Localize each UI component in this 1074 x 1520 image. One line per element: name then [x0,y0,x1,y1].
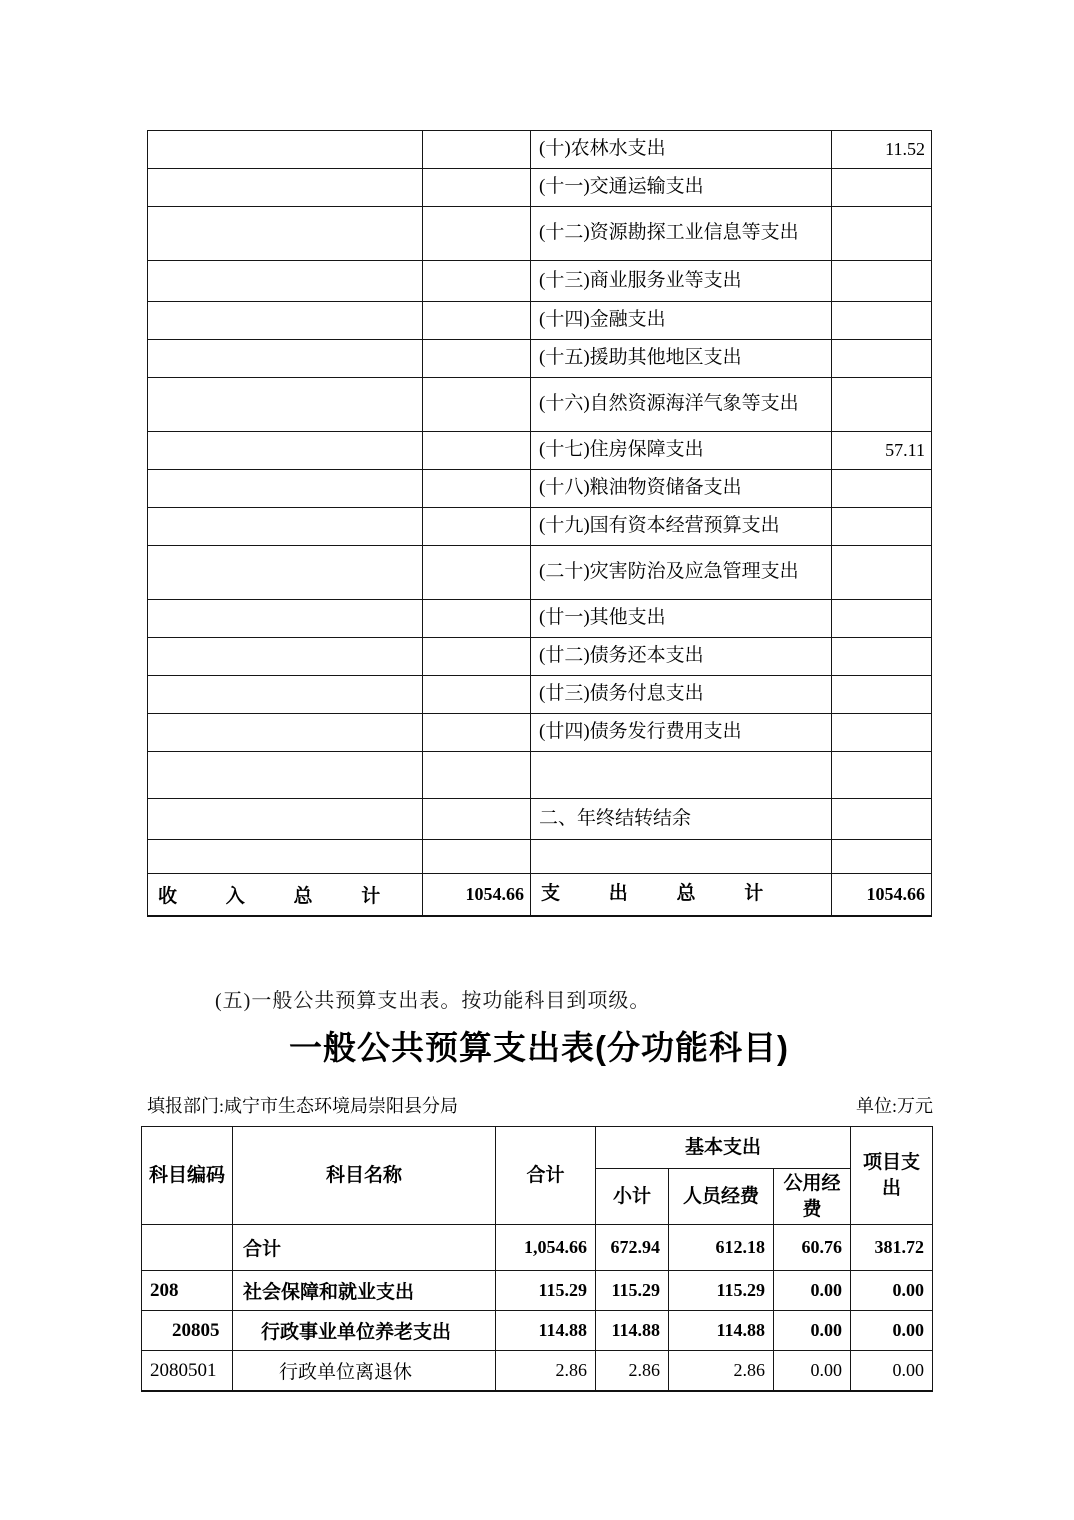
budget-row: 合计1,054.66672.94612.1860.76381.72 [142,1225,933,1271]
summary-total-row: 收 入 总 计1054.66支 出 总 计1054.66 [148,874,932,916]
cell-code: 208 [142,1271,233,1311]
cell-expense-label: (十一)交通运输支出 [531,169,832,207]
summary-table-body: (十)农林水支出11.52(十一)交通运输支出(十二)资源勘探工业信息等支出(十… [148,131,932,916]
summary-row: (廿一)其他支出 [148,600,932,638]
cell-income-value [423,508,531,546]
unit-label: 单位:万元 [856,1092,933,1118]
cell-public: 0.00 [774,1351,851,1391]
cell-expense-label: (十四)金融支出 [531,302,832,340]
cell-expense-value [832,378,932,432]
header-project-expenditure: 项目支出 [851,1127,933,1225]
cell-subtotal: 114.88 [596,1311,669,1351]
cell-expense-value [832,714,932,752]
header-public-funds: 公用经费 [774,1169,851,1225]
cell-expense-label: (十九)国有资本经营预算支出 [531,508,832,546]
reporting-department-label: 填报部门:咸宁市生态环境局崇阳县分局 [147,1092,458,1118]
cell-total: 1,054.66 [496,1225,596,1271]
header-subtotal: 小计 [596,1169,669,1225]
cell-income-value [423,714,531,752]
summary-row: (十五)援助其他地区支出 [148,340,932,378]
cell-expense-value [832,600,932,638]
cell-code: 2080501 [142,1351,233,1391]
cell-expense-label: (廿一)其他支出 [531,600,832,638]
summary-row [148,840,932,874]
cell-expense-value [832,470,932,508]
summary-row: 二、年终结转结余 [148,799,932,840]
cell-public: 0.00 [774,1271,851,1311]
cell-income-value [423,638,531,676]
cell-expense-label: (廿二)债务还本支出 [531,638,832,676]
page-title: 一般公共预算支出表(分功能科目) [147,1022,931,1069]
cell-expense-label: (十七)住房保障支出 [531,432,832,470]
cell-income-value [423,261,531,302]
summary-row: (十四)金融支出 [148,302,932,340]
cell-income-value: 1054.66 [423,874,531,916]
cell-expense-value [832,302,932,340]
table-meta-line: 填报部门:咸宁市生态环境局崇阳县分局 单位:万元 [147,1092,933,1118]
summary-row: (廿四)债务发行费用支出 [148,714,932,752]
summary-row: (廿二)债务还本支出 [148,638,932,676]
cell-income-label [148,378,423,432]
cell-income-value [423,340,531,378]
cell-expense-label: (十)农林水支出 [531,131,832,169]
cell-expense-label: (十二)资源勘探工业信息等支出 [531,207,832,261]
cell-income-label [148,169,423,207]
cell-expense-value [832,508,932,546]
cell-income-label [148,261,423,302]
cell-income-value [423,432,531,470]
budget-row: 208社会保障和就业支出115.29115.29115.290.000.00 [142,1271,933,1311]
summary-row: (二十)灾害防治及应急管理支出 [148,546,932,600]
cell-public: 60.76 [774,1225,851,1271]
cell-income-label [148,799,423,840]
cell-project: 0.00 [851,1351,933,1391]
cell-expense-value [832,169,932,207]
budget-row: 20805行政事业单位养老支出114.88114.88114.880.000.0… [142,1311,933,1351]
header-total: 合计 [496,1127,596,1225]
cell-expense-value: 57.11 [832,432,932,470]
header-subject-name: 科目名称 [233,1127,496,1225]
summary-row: (十三)商业服务业等支出 [148,261,932,302]
summary-row [148,752,932,799]
cell-income-value [423,546,531,600]
budget-row: 2080501行政单位离退休2.862.862.860.000.00 [142,1351,933,1391]
cell-expense-value [832,676,932,714]
cell-income-value [423,600,531,638]
cell-expense-value [832,799,932,840]
cell-expense-label: (廿四)债务发行费用支出 [531,714,832,752]
cell-income-label [148,546,423,600]
cell-project: 0.00 [851,1271,933,1311]
summary-row: (十九)国有资本经营预算支出 [148,508,932,546]
cell-income-label [148,302,423,340]
cell-expense-value [832,840,932,874]
cell-subtotal: 672.94 [596,1225,669,1271]
cell-expense-label: 二、年终结转结余 [531,799,832,840]
cell-expense-label: (十三)商业服务业等支出 [531,261,832,302]
section-note: (五)一般公共预算支出表。按功能科目到项级。 [215,984,650,1013]
cell-expense-label [531,840,832,874]
cell-expense-value [832,261,932,302]
cell-subtotal: 115.29 [596,1271,669,1311]
header-basic-expenditure: 基本支出 [596,1127,851,1169]
cell-income-value [423,840,531,874]
cell-personnel: 114.88 [669,1311,774,1351]
budget-table-body: 合计1,054.66672.94612.1860.76381.72208社会保障… [142,1225,933,1391]
cell-income-label [148,470,423,508]
cell-income-value [423,169,531,207]
cell-income-value [423,752,531,799]
cell-project: 381.72 [851,1225,933,1271]
cell-income-value [423,207,531,261]
cell-project: 0.00 [851,1311,933,1351]
cell-income-label [148,432,423,470]
cell-income-label [148,600,423,638]
cell-income-label [148,840,423,874]
cell-expense-value: 11.52 [832,131,932,169]
cell-expense-label: (十五)援助其他地区支出 [531,340,832,378]
cell-income-value [423,378,531,432]
cell-expense-label: (十八)粮油物资储备支出 [531,470,832,508]
cell-personnel: 2.86 [669,1351,774,1391]
cell-personnel: 612.18 [669,1225,774,1271]
cell-expense-label: (十六)自然资源海洋气象等支出 [531,378,832,432]
cell-expense-label [531,752,832,799]
cell-income-value [423,131,531,169]
cell-income-value [423,676,531,714]
cell-name: 合计 [233,1225,496,1271]
cell-total: 2.86 [496,1351,596,1391]
cell-expense-label: (廿三)债务付息支出 [531,676,832,714]
cell-income-label [148,752,423,799]
cell-income-label [148,638,423,676]
summary-row: (十六)自然资源海洋气象等支出 [148,378,932,432]
cell-expense-value [832,752,932,799]
cell-income-label [148,207,423,261]
cell-expense-label: (二十)灾害防治及应急管理支出 [531,546,832,600]
cell-name: 社会保障和就业支出 [233,1271,496,1311]
cell-personnel: 115.29 [669,1271,774,1311]
cell-expense-value [832,638,932,676]
cell-income-value [423,799,531,840]
header-personnel-funds: 人员经费 [669,1169,774,1225]
cell-code: 20805 [142,1311,233,1351]
cell-income-value [423,302,531,340]
cell-expense-value [832,207,932,261]
summary-row: (十一)交通运输支出 [148,169,932,207]
cell-expense-value [832,340,932,378]
cell-total: 114.88 [496,1311,596,1351]
cell-expense-value [832,546,932,600]
summary-row: (十二)资源勘探工业信息等支出 [148,207,932,261]
cell-expense-value: 1054.66 [832,874,932,916]
cell-expense-label: 支 出 总 计 [531,874,832,916]
cell-name: 行政单位离退休 [233,1351,496,1391]
income-expense-summary-table: (十)农林水支出11.52(十一)交通运输支出(十二)资源勘探工业信息等支出(十… [147,130,932,917]
summary-row: (十)农林水支出11.52 [148,131,932,169]
cell-income-label [148,714,423,752]
cell-subtotal: 2.86 [596,1351,669,1391]
table2-header-row-1: 科目编码 科目名称 合计 基本支出 项目支出 [142,1127,933,1169]
header-subject-code: 科目编码 [142,1127,233,1225]
cell-income-label [148,508,423,546]
cell-total: 115.29 [496,1271,596,1311]
cell-income-value [423,470,531,508]
cell-income-label [148,676,423,714]
summary-row: (十八)粮油物资储备支出 [148,470,932,508]
cell-income-label [148,131,423,169]
cell-income-label [148,340,423,378]
cell-income-label: 收 入 总 计 [148,874,423,916]
cell-public: 0.00 [774,1311,851,1351]
summary-row: (廿三)债务付息支出 [148,676,932,714]
cell-name: 行政事业单位养老支出 [233,1311,496,1351]
cell-code [142,1225,233,1271]
functional-subject-expenditure-table: 科目编码 科目名称 合计 基本支出 项目支出 小计 人员经费 公用经费 合计1,… [141,1126,933,1392]
summary-row: (十七)住房保障支出57.11 [148,432,932,470]
